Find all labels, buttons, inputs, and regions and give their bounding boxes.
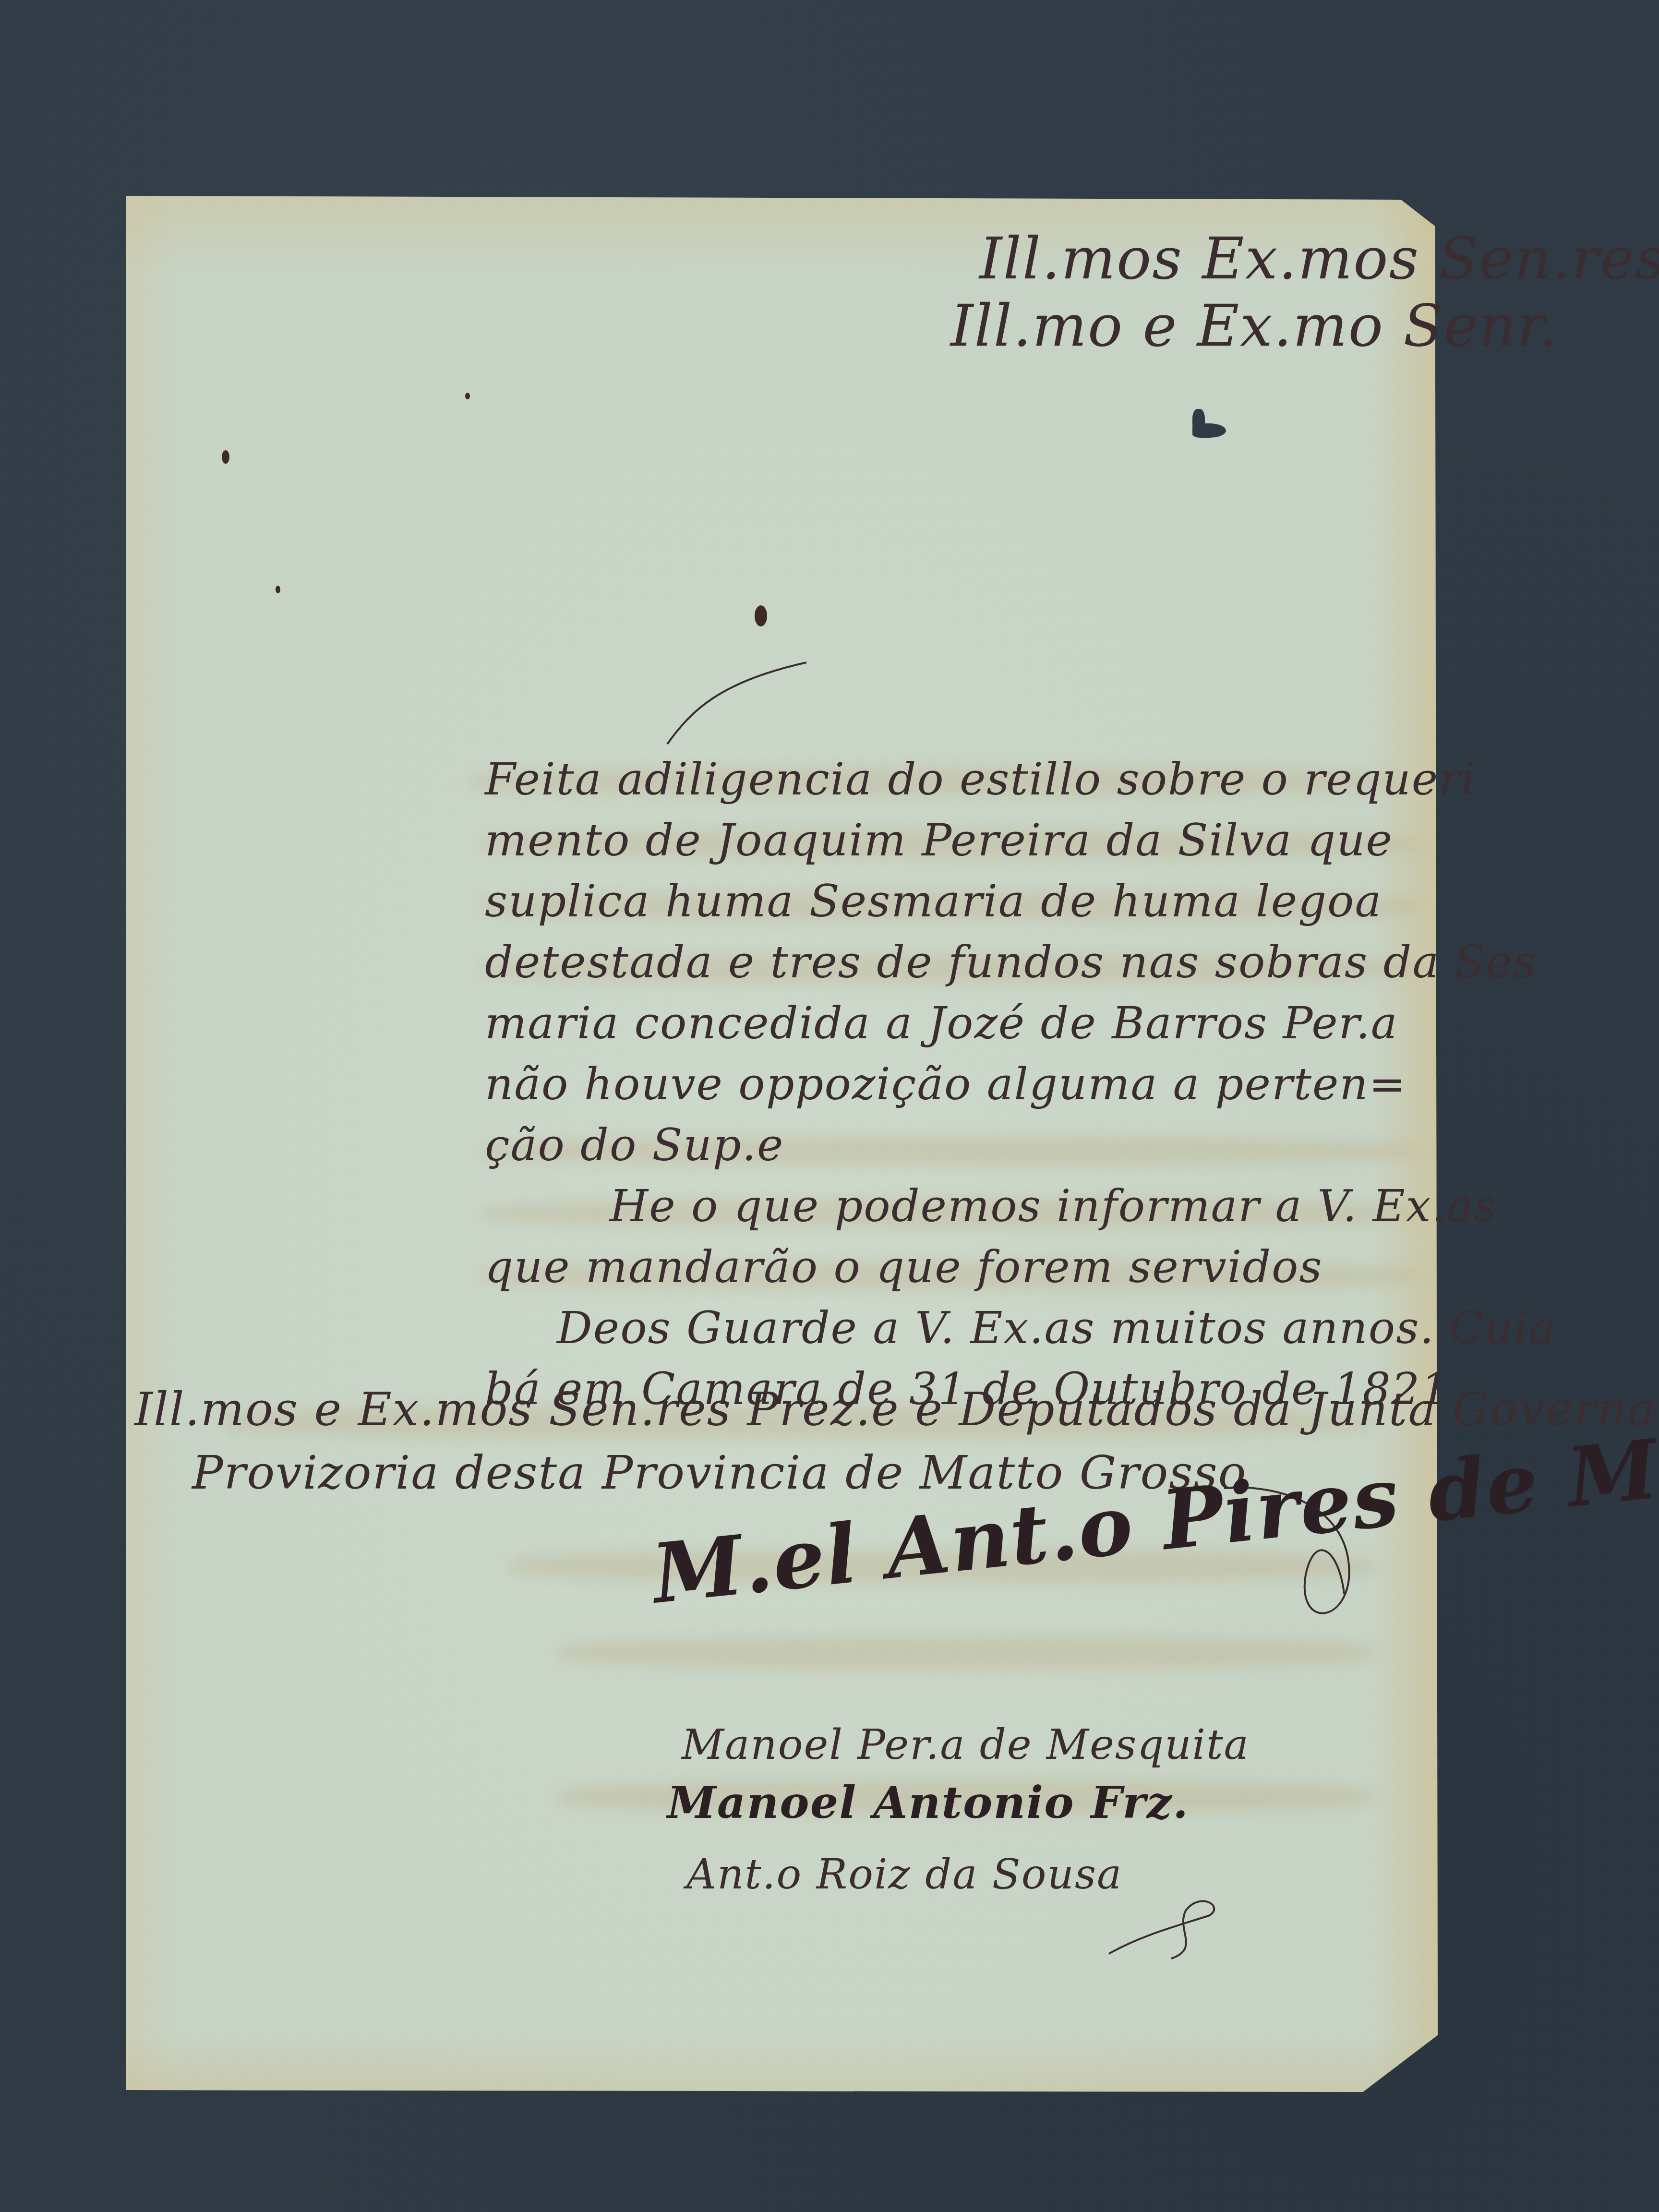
salutation-line-2: Ill.mo e Ex.mo Senr. <box>950 293 1659 360</box>
ink-spot <box>465 393 470 399</box>
body-line: que mandarão o que forem servidos <box>485 1237 1556 1298</box>
body-line: não houve oppozição alguma a perten= <box>485 1054 1556 1115</box>
ink-spot <box>276 586 280 593</box>
paper-hole <box>1192 423 1226 438</box>
body-line: mento de Joaquim Pereira da Silva que <box>485 810 1556 871</box>
salutation-header: Ill.mos Ex.mos Sen.res Ill.mo e Ex.mo Se… <box>950 226 1659 360</box>
body-line: Feita adiligencia do estillo sobre o req… <box>485 749 1556 810</box>
signature: Manoel Antonio Frz. <box>667 1776 1189 1829</box>
signature: Manoel Per.a de Mesquita <box>682 1719 1250 1771</box>
letter-body: Feita adiligencia do estillo sobre o req… <box>485 749 1556 1419</box>
ink-spot <box>222 450 229 464</box>
foxing-stain <box>558 1636 1374 1670</box>
addressee-line-1: Ill.mos e Ex.mos Sen.res Prez.e e Deputa… <box>134 1378 1659 1441</box>
body-line: maria concedida a Jozé de Barros Per.a <box>485 993 1556 1054</box>
body-line: ção do Sup.e <box>485 1115 1556 1176</box>
body-line: suplica huma Sesmaria de huma legoa <box>485 871 1556 932</box>
body-line: detestada e tres de fundos nas sobras da… <box>485 932 1556 993</box>
body-line: Deos Guarde a V. Ex.as muitos annos. Cui… <box>485 1298 1556 1358</box>
body-line: He o que podemos informar a V. Ex.as <box>485 1176 1556 1237</box>
signature: Ant.o Roiz da Sousa <box>686 1848 1122 1901</box>
salutation-line-1: Ill.mos Ex.mos Sen.res <box>950 226 1659 293</box>
ink-spot <box>755 605 767 626</box>
